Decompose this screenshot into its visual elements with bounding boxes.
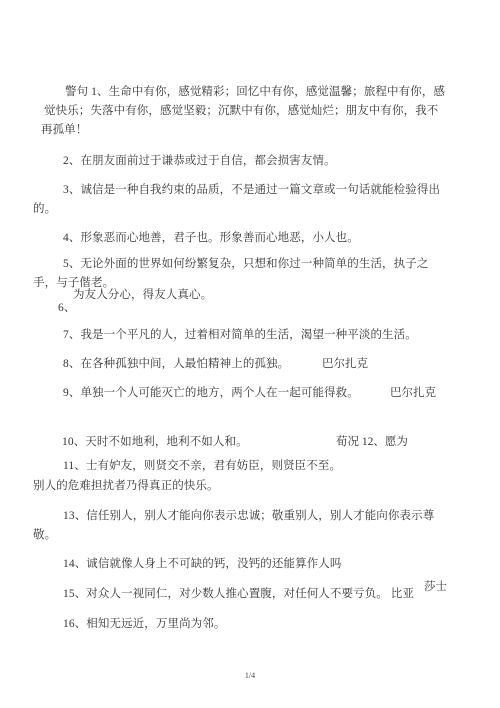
text-line: 警句 1、生命中有你，感觉精彩；回忆中有你，感觉温馨；旅程中有你，感: [65, 85, 445, 99]
text-line: 15、对众人一视同仁，对少数人推心置腹，对任何人不要亏负。 比亚: [63, 587, 414, 601]
text-line: 的。: [33, 202, 56, 216]
text-line: 16、相知无远近，万里尚为邻。: [63, 617, 226, 631]
text-line: 7、我是一个平凡的人，过着相对简单的生活，渴望一种平淡的生活。: [63, 328, 417, 342]
text-line: 2、在朋友面前过于谦恭或过于自信，都会损害友情。: [63, 154, 336, 168]
author-attribution: 巴尔扎克: [322, 357, 368, 371]
text-line: 5、无论外面的世界如何纷繁复杂，只想和你过一种简单的生活，执子之: [63, 257, 428, 271]
page-number-indicator: 1/4: [0, 669, 500, 683]
text-line: 9、单独一个人可能灭亡的地方，两个人在一起可能得救。: [63, 386, 359, 400]
document-page: 警句 1、生命中有你，感觉精彩；回忆中有你，感觉温馨；旅程中有你，感 觉快乐；失…: [0, 0, 500, 708]
text-line: 14、诚信就像人身上不可缺的钙，没钙的还能算作人吗: [63, 557, 342, 571]
author-attribution: 莎士: [424, 580, 447, 594]
text-line: 敬。: [33, 528, 56, 542]
text-line: 6、: [58, 301, 75, 315]
text-line: 觉快乐；失落中有你，感觉坚毅；沉默中有你，感觉灿烂；朋友中有你，我不: [44, 104, 438, 118]
author-attribution: 荀况 12、愿为: [336, 435, 408, 449]
text-line: 别人的危难担扰者乃得真正的快乐。: [33, 479, 219, 493]
text-line: 10、天时不如地利，地利不如人和。: [62, 435, 248, 449]
author-attribution: 巴尔扎克: [390, 386, 436, 400]
text-line: 13、信任别人，别人才能向你表示忠诚；敬重别人，别人才能向你表示尊: [63, 509, 434, 523]
text-line: 3、诚信是一种自我约束的品质，不是通过一篇文章或一句话就能检验得出: [63, 183, 440, 197]
text-line: 11、士有妒友，则贤交不亲，君有妨臣，则贤臣不至。: [63, 459, 341, 473]
text-line: 再孤单！: [41, 123, 87, 137]
text-line: 4、形象恶而心地善，君子也。形象善而心地恶，小人也。: [63, 231, 359, 245]
text-line: 为友人分心，得友人真心。: [73, 288, 212, 302]
text-line: 8、在各种孤独中间，人最怕精神上的孤独。: [63, 357, 289, 371]
